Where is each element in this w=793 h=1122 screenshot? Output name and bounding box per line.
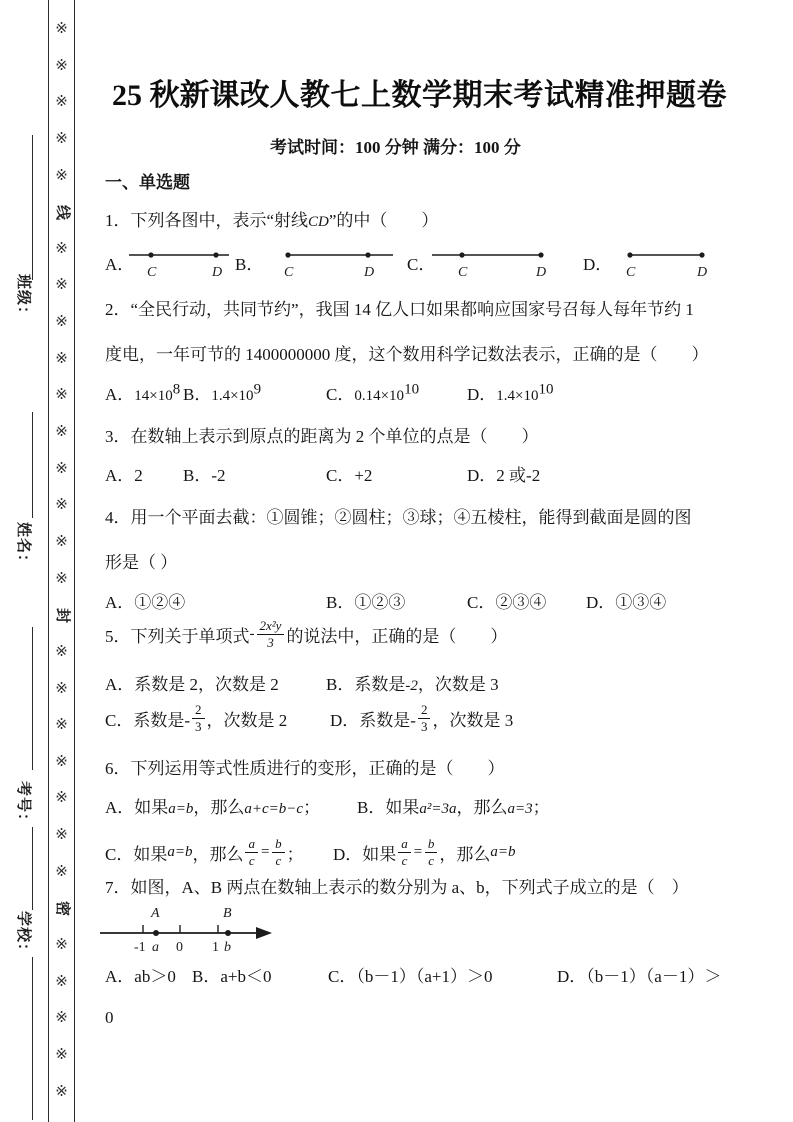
q7-option-c: C．（b－1）（a+1）＞0: [328, 962, 492, 987]
q2-stem-line2: 度电，一年可节的 1400000000 度，这个数用科学记数法表示，正确的是（ …: [105, 343, 770, 367]
seal-symbol: ※: [55, 682, 68, 697]
seal-symbol: ※: [55, 315, 68, 330]
q1-stem-math: CD: [308, 214, 329, 230]
seal-symbol: ※: [55, 645, 68, 660]
seal-character: 线: [54, 205, 69, 220]
q7-option-a: A．ab＞0: [105, 962, 176, 987]
point-a-value: a: [152, 940, 159, 955]
q3-option-a: A．2: [105, 461, 143, 486]
q1-option-d-label: D．: [583, 250, 612, 275]
q7-option-b: B．a+b＜0: [192, 962, 271, 987]
fraction: ac: [398, 836, 411, 868]
q4-stem-line1: 4．用一个平面去截：①圆锥；②圆柱；③球；④五棱柱，能得到截面是圆的图: [105, 506, 770, 530]
exam-page: { "header": { "title_prefix": "25 秋新课改",…: [0, 0, 793, 1122]
fraction: bc: [272, 836, 285, 868]
seal-symbol: ※: [55, 828, 68, 843]
q2-option-b: B．1.4×109: [183, 380, 261, 405]
q6-options-row2: C．如果a=b，那么ac=bc； D．如果ac=bc，那么a=b: [105, 829, 785, 875]
tick-label-minus1: -1: [134, 940, 146, 955]
q3-option-c: C．+2: [326, 461, 372, 486]
q3-stem: 3．在数轴上表示到原点的距离为 2 个单位的点是（ ）: [105, 425, 770, 449]
q1-figure-a-line-through-cd: C D: [129, 243, 229, 281]
point-b-value: b: [224, 940, 231, 955]
seal-symbol: ※: [55, 1048, 68, 1063]
seal-symbol: ※: [55, 865, 68, 880]
seal-symbol: ※: [55, 535, 68, 550]
q1-figure-c-ray-ending-at-d: C D: [432, 243, 546, 281]
seal-symbol: ※: [55, 498, 68, 513]
q6-option-b: B．如果a²=3a，那么a=3；: [357, 793, 550, 818]
title-prefix: 25 秋新课改: [112, 79, 270, 112]
q1-option-b-label: B．: [235, 250, 263, 275]
blank-fill-line: [32, 957, 33, 1120]
q2-option-d: D．1.4×1010: [467, 380, 554, 405]
figure-point-d: D: [211, 265, 222, 280]
q7-stem: 7．如图，A、B 两点在数轴上表示的数分别为 a、b，下列式子成立的是（ ）: [105, 876, 770, 900]
q2-options: A．14×108 B．1.4×109 C．0.14×1010 D．1.4×101…: [105, 380, 785, 412]
q1-stem: 1．下列各图中，表示“射线CD”的中（ ）: [105, 209, 770, 234]
q5-option-c: C．系数是-23，次数是 2: [105, 696, 287, 740]
q5-fraction-sign: -: [250, 626, 255, 643]
q6-option-c: C．如果a=b，那么ac=bc；: [105, 829, 304, 875]
seal-symbol: ※: [55, 572, 68, 587]
q4-option-d: D．①③④: [586, 588, 666, 613]
blank-fill-line: [32, 412, 33, 518]
seal-symbol: ※: [55, 425, 68, 440]
seal-symbol: ※: [55, 95, 68, 110]
figure-point-d: D: [535, 265, 546, 280]
q5-option-b: B．系数是-2，次数是 3: [326, 670, 499, 695]
seal-symbol: ※: [55, 352, 68, 367]
q4-option-a: A．①②④: [105, 588, 185, 613]
seal-symbol: ※: [55, 718, 68, 733]
q4-option-c: C．②③④: [467, 588, 546, 613]
exam-info: 考试时间：100 分钟 满分：100 分: [270, 133, 521, 158]
q7-options: A．ab＞0 B．a+b＜0 C．（b－1）（a+1）＞0 D．（b－1）（a－…: [105, 962, 785, 994]
q5-stem: 5．下列关于单项式-2x²y3的说法中，正确的是（ ）: [105, 612, 770, 656]
tick-label-1: 1: [212, 940, 219, 955]
seal-symbol: ※: [55, 388, 68, 403]
q5-fraction: 2x²y3: [257, 618, 285, 650]
point-b-label: B: [223, 906, 232, 921]
figure-point-c: C: [147, 265, 157, 280]
q7-option-d-wrap: 0: [105, 1006, 770, 1030]
seal-character: 封: [54, 608, 69, 623]
section-heading: 一、单选题: [105, 171, 770, 195]
q5-options-row2: C．系数是-23，次数是 2 D．系数是-23，次数是 3: [105, 696, 785, 740]
point-a-label: A: [150, 906, 160, 921]
tick-label-0: 0: [176, 940, 183, 955]
seal-symbol: ※: [55, 938, 68, 953]
q3-options: A．2 B．-2 C．+2 D．2 或-2: [105, 461, 785, 493]
q6-stem: 6．下列运用等式性质进行的变形，正确的是（ ）: [105, 757, 770, 781]
point-b-dot: [225, 930, 231, 936]
blank-fill-line: [32, 827, 33, 910]
q1-figure-d-segment-cd: C D: [625, 243, 707, 281]
seal-symbol: ※: [55, 462, 68, 477]
figure-point-c: C: [284, 265, 294, 280]
q3-option-b: B．-2: [183, 461, 226, 486]
blank-fill-line: [32, 627, 33, 770]
point-a-dot: [153, 930, 159, 936]
q6-option-d: D．如果ac=bc，那么a=b: [333, 829, 516, 875]
q7-option-d: D．（b－1）（a－1）＞: [557, 962, 721, 987]
fraction: bc: [425, 836, 438, 868]
figure-point-d: D: [696, 265, 707, 280]
seal-symbol: ※: [55, 242, 68, 257]
q2-option-a: A．14×108: [105, 380, 180, 405]
seal-symbol: ※: [55, 22, 68, 37]
q5-option-a: A．系数是 2，次数是 2: [105, 670, 279, 695]
fraction: 23: [192, 702, 205, 734]
seal-symbol: ※: [55, 755, 68, 770]
seal-symbol: ※: [55, 169, 68, 184]
fraction: ac: [245, 836, 258, 868]
seal-symbol: ※: [55, 1085, 68, 1100]
figure-point-c: C: [458, 265, 468, 280]
q4-option-b: B．①②③: [326, 588, 405, 613]
seal-symbol: ※: [55, 132, 68, 147]
seal-symbol: ※: [55, 791, 68, 806]
q6-option-a: A．如果a=b，那么a+c=b−c；: [105, 793, 320, 818]
axis-arrow: [256, 927, 272, 939]
seal-symbol: ※: [55, 975, 68, 990]
q1-figure-b-ray-from-c: C D: [283, 243, 395, 281]
seal-symbol: ※: [55, 278, 68, 293]
figure-point-d: D: [363, 265, 374, 280]
seal-border-right: [74, 0, 75, 1122]
fraction: 23: [418, 702, 431, 734]
q2-option-c: C．0.14×1010: [326, 380, 419, 405]
q4-stem-line2: 形是（ ）: [105, 551, 770, 575]
seal-symbol: ※: [55, 1011, 68, 1026]
name-label: 姓名：: [13, 509, 35, 583]
q2-stem-line1: 2．“全民行动，共同节约”，我国 14 亿人口如果都响应国家号召每人每年节约 1: [105, 298, 770, 322]
q7-number-line-figure: A B -1 a 0 1 b: [100, 901, 285, 957]
q5-option-d: D．系数是-23，次数是 3: [330, 696, 513, 740]
q3-option-d: D．2 或-2: [467, 461, 540, 486]
blank-fill-line: [32, 135, 33, 280]
title-main: 人教七上数学期末考试精准押题卷: [270, 79, 728, 112]
page-title: 25 秋新课改人教七上数学期末考试精准押题卷: [112, 70, 727, 114]
seal-character: 密: [54, 901, 69, 916]
q6-options-row1: A．如果a=b，那么a+c=b−c； B．如果a²=3a，那么a=3；: [105, 793, 785, 825]
seal-line-strip: ※※※※※线※※※※※※※※※※封※※※※※※※密※※※※※: [49, 0, 74, 1122]
seal-symbol: ※: [55, 59, 68, 74]
q1-options: A． C D B． C D C． C D D． C D: [105, 243, 785, 285]
figure-point-c: C: [626, 265, 636, 280]
